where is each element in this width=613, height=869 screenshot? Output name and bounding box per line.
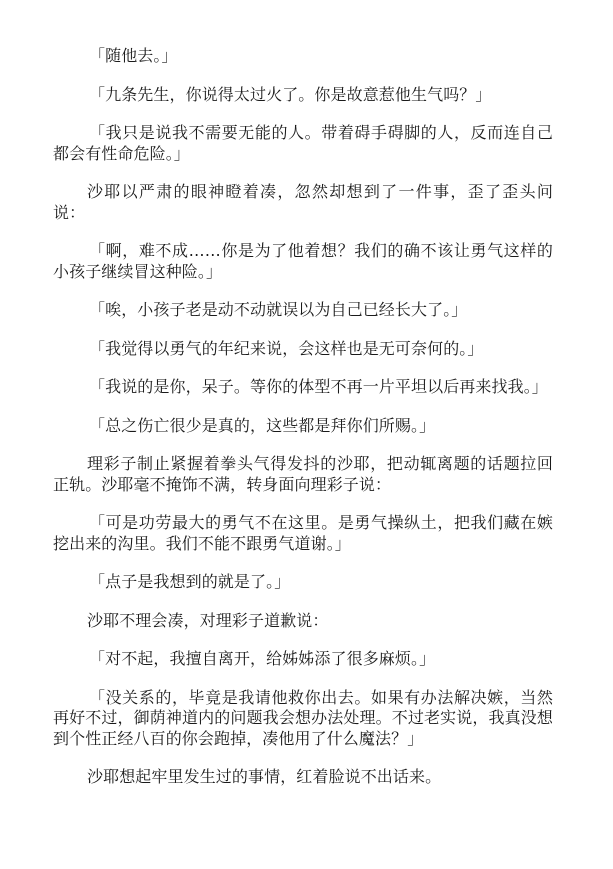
dialogue-paragraph: 「可是功劳最大的勇气不在这里。是勇气操纵土，把我们藏在嫉挖出来的沟里。我们不能不… (53, 513, 553, 554)
dialogue-paragraph: 「九条先生，你说得太过火了。你是故意惹他生气吗？」 (53, 85, 553, 106)
narration-paragraph: 沙耶不理会凑，对理彩子道歉说： (53, 611, 553, 632)
dialogue-paragraph: 「随他去。」 (53, 46, 553, 67)
dialogue-paragraph: 「点子是我想到的就是了。」 (53, 572, 553, 593)
dialogue-paragraph: 「对不起，我擅自离开，给姊姊添了很多麻烦。」 (53, 649, 553, 670)
dialogue-paragraph: 「总之伤亡很少是真的，这些都是拜你们所赐。」 (53, 416, 553, 437)
narration-paragraph: 理彩子制止紧握着拳头气得发抖的沙耶，把动辄离题的话题拉回正轨。沙耶毫不掩饰不满，… (53, 454, 553, 495)
dialogue-paragraph: 「我说的是你，呆子。等你的体型不再一片平坦以后再来找我。」 (53, 377, 553, 398)
dialogue-paragraph: 「唉，小孩子老是动不动就误以为自己已经长大了。」 (53, 300, 553, 321)
narration-paragraph: 沙耶以严肃的眼神瞪着凑，忽然却想到了一件事，歪了歪头问说： (53, 182, 553, 223)
narration-paragraph: 沙耶想起牢里发生过的事情，红着脸说不出话来。 (53, 767, 553, 788)
dialogue-paragraph: 「我觉得以勇气的年纪来说，会这样也是无可奈何的。」 (53, 339, 553, 360)
dialogue-paragraph: 「没关系的，毕竟是我请他救你出去。如果有办法解决嫉，当然再好不过，御荫神道内的问… (53, 688, 553, 750)
dialogue-paragraph: 「啊，难不成……你是为了他着想？我们的确不该让勇气这样的小孩子继续冒这种险。」 (53, 241, 553, 282)
document-page: 「随他去。」 「九条先生，你说得太过火了。你是故意惹他生气吗？」 「我只是说我不… (53, 46, 553, 806)
dialogue-paragraph: 「我只是说我不需要无能的人。带着碍手碍脚的人，反而连自己都会有性命危险。」 (53, 123, 553, 164)
